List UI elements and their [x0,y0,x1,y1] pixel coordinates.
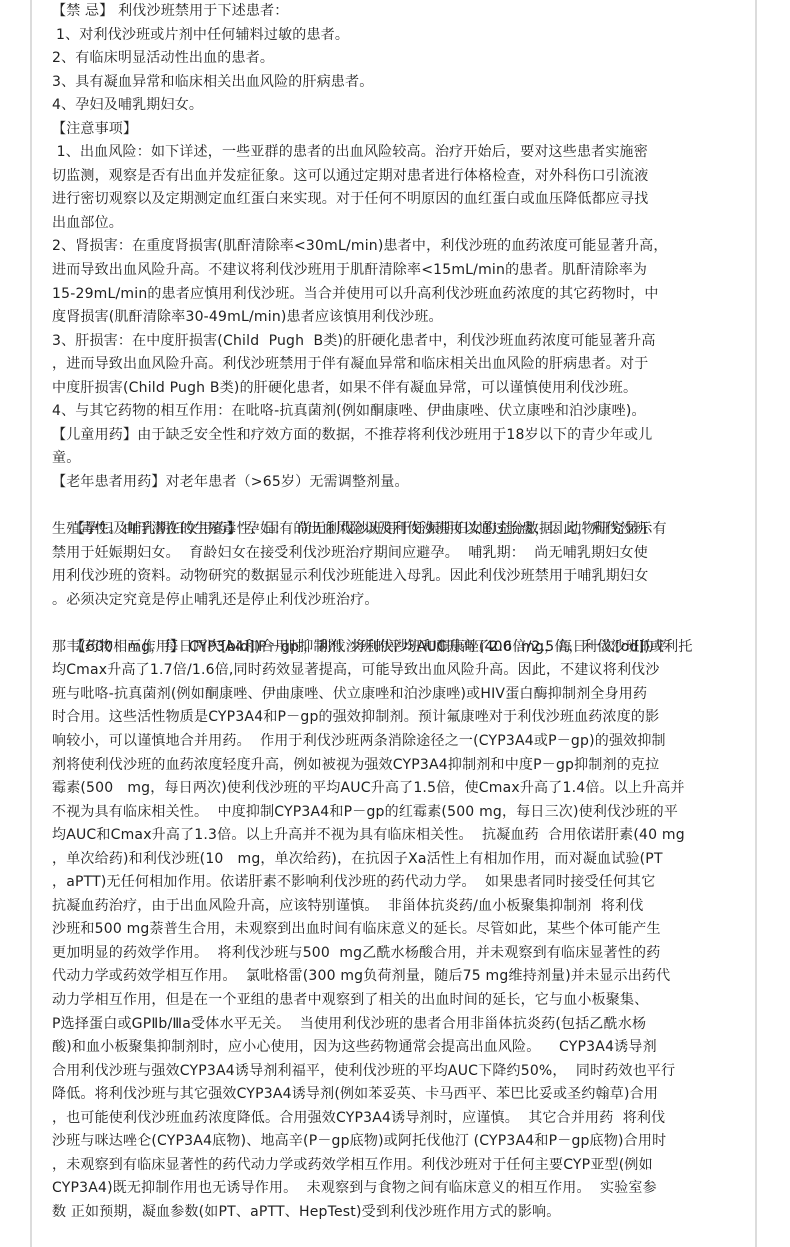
interactions-line: ，也可能使利伐沙班血药浓度降低。合用强效CYP3A4诱导剂时，应谨慎。 其它合并… [52,1107,728,1131]
interactions-line: 那韦(600 mg，每日两次[bid])合用时，利伐沙班的平均AUC升高了2.6… [52,636,728,660]
contraindication-item: 1、对利伐沙班或片剂中任何辅料过敏的患者。 [52,24,728,48]
interactions-line: 酸)和血小板聚集抑制剂时，应小心使用，因为这些药物通常会提高出血风险。 CYP3… [52,1036,728,1060]
interactions-line: 均Cmax升高了1.7倍/1.6倍,同时药效显著提高，可能导致出血风险升高。因此… [52,659,728,683]
contraindication-item: 3、具有凝血异常和临床相关出血风险的肝病患者。 [52,71,728,95]
precautions-line: 4、与其它药物的相互作用：在吡咯-抗真菌剂(例如酮康唑、伊曲康唑、伏立康唑和泊沙… [52,400,728,424]
precautions-line: 2、肾损害：在重度肾损害(肌酐清除率<30mL/min)患者中，利伐沙班的血药浓… [52,235,728,259]
pregnancy-line: 。必须决定究竟是停止哺乳还是停止利伐沙班治疗。 [52,589,728,613]
contraindications-heading: 【禁 忌】 [52,3,113,19]
elderly-text: 对老年患者（>65岁）无需调整剂量。 [166,474,409,490]
interactions-line: 更加明显的药效学作用。 将利伐沙班与500 mg乙酰水杨酸合用，并未观察到有临床… [52,942,728,966]
interactions-line: 沙班与咪达唑仑(CYP3A4底物)、地高辛(P－gp底物)或阿托伐他汀 (CYP… [52,1130,728,1154]
contraindication-item: 2、有临床明显活动性出血的患者。 [52,47,728,71]
interactions-line: 合用利伐沙班与强效CYP3A4诱导剂利福平，使利伐沙班的平均AUC下降约50%，… [52,1060,728,1084]
interactions-section: 【药物相互作用】 CYP3A4和P－gp抑制剂 将利伐沙班和酮康唑(400 mg… [52,612,728,636]
interactions-line: 数 正如预期，凝血参数(如PT、aPTT、HepTest)受到利伐沙班作用方式的… [52,1201,728,1225]
elderly-section: 【老年患者用药】对老年患者（>65岁）无需调整剂量。 [52,471,728,495]
pregnancy-section: 【孕妇及哺乳期妇女用药】 孕妇： 尚无利伐沙班用于妊娠期妇女的充分数据。动物研究… [52,494,728,518]
pregnancy-line: 禁用于妊娠期妇女。 育龄妇女在接受利伐沙班治疗期间应避孕。 哺乳期： 尚无哺乳期… [52,542,728,566]
precautions-line: 15-29mL/min的患者应慎用利伐沙班。当合并使用可以升高利伐沙班血药浓度的… [52,283,728,307]
interactions-line: 抗凝血药治疗，由于出血风险升高，应该特别谨慎。 非甾体抗炎药/血小板聚集抑制剂 … [52,895,728,919]
precautions-line: 1、出血风险：如下详述，一些亚群的患者的出血风险较高。治疗开始后，要对这些患者实… [52,141,728,165]
drug-label-document: 【禁 忌】 利伐沙班禁用于下述患者： 1、对利伐沙班或片剂中任何辅料过敏的患者。… [52,0,728,1224]
interactions-line: ，aPTT)无任何相加作用。依诺肝素不影响利伐沙班的药代动力学。 如果患者同时接… [52,871,728,895]
interactions-line: ，未观察到有临床显著性的药代动力学或药效学相互作用。利伐沙班对于任何主要CYP亚… [52,1154,728,1178]
interactions-line: 降低。将利伐沙班与其它强效CYP3A4诱导剂(例如苯妥英、卡马西平、苯巴比妥或圣… [52,1083,728,1107]
interactions-line: 沙班和500 mg萘普生合用，未观察到出血时间有临床意义的延长。尽管如此，某些个… [52,918,728,942]
elderly-heading: 【老年患者用药】 [52,474,166,490]
precautions-line: 切监测，观察是否有出血并发症征象。这可以通过定期对患者进行体格检查，对外科伤口引… [52,165,728,189]
precautions-heading: 【注意事项】 [52,118,728,142]
interactions-line: 时合用。这些活性物质是CYP3A4和P－gp的强效抑制剂。预计氟康唑对于利伐沙班… [52,706,728,730]
precautions-line: ，进而导致出血风险升高。利伐沙班禁用于伴有凝血异常和临床相关出血风险的肝病患者。… [52,353,728,377]
contraindications-section: 【禁 忌】 利伐沙班禁用于下述患者： [52,0,728,24]
interactions-line: 代动力学或药效学相互作用。 氯吡格雷(300 mg负荷剂量，随后75 mg维持剂… [52,965,728,989]
precautions-line: 进行密切观察以及定期测定血红蛋白来实现。对于任何不明原因的血红蛋白或血压降低都应… [52,188,728,212]
precautions-line: 度肾损害(肌酐清除率30-49mL/min)患者应该慎用利伐沙班。 [52,306,728,330]
pregnancy-line: 生殖毒性。由于潜在的生殖毒性、固有的出血风险以及利伐沙班可以通过胎盘，因此，利伐… [52,518,728,542]
contraindications-intro: 利伐沙班禁用于下述患者： [118,3,288,19]
interactions-line: CYP3A4)既无抑制作用也无诱导作用。 未观察到与食物之间有临床意义的相互作用… [52,1177,728,1201]
interactions-line: P选择蛋白或GPⅡb/Ⅲa受体水平无关。 当使用利伐沙班的患者合用非甾体抗炎药(… [52,1013,728,1037]
pediatric-heading: 【儿童用药】 [52,427,137,443]
contraindication-item: 4、孕妇及哺乳期妇女。 [52,94,728,118]
precautions-line: 3、肝损害：在中度肝损害(Child Pugh B类)的肝硬化患者中，利伐沙班血… [52,330,728,354]
pediatric-section: 【儿童用药】由于缺乏安全性和疗效方面的数据，不推荐将利伐沙班用于18岁以下的青少… [52,424,728,448]
pediatric-text: 童。 [52,447,728,471]
interactions-line: ，单次给药)和利伐沙班(10 mg，单次给药)，在抗因子Xa活性上有相加作用，而… [52,848,728,872]
interactions-line: 班与吡咯-抗真菌剂(例如酮康唑、伊曲康唑、伏立康唑和泊沙康唑)或HIV蛋白酶抑制… [52,683,728,707]
precautions-line: 进而导致出血风险升高。不建议将利伐沙班用于肌酐清除率<15mL/min的患者。肌… [52,259,728,283]
precautions-line: 出血部位。 [52,212,728,236]
interactions-line: 均AUC和Cmax升高了1.3倍。以上升高并不视为具有临床相关性。 抗凝血药 合… [52,824,728,848]
interactions-line: 响较小，可以谨慎地合并用药。 作用于利伐沙班两条消除途径之一(CYP3A4或P－… [52,730,728,754]
interactions-line: 动力学相互作用，但是在一个亚组的患者中观察到了相关的出血时间的延长，它与血小板聚… [52,989,728,1013]
interactions-line: 不视为具有临床相关性。 中度抑制CYP3A4和P－gp的红霉素(500 mg，每… [52,801,728,825]
interactions-line: 霉素(500 mg，每日两次)使利伐沙班的平均AUC升高了1.5倍，使Cmax升… [52,777,728,801]
pregnancy-line: 用利伐沙班的资料。动物研究的数据显示利伐沙班能进入母乳。因此利伐沙班禁用于哺乳期… [52,565,728,589]
interactions-line: 剂将使利伐沙班的血药浓度轻度升高，例如被视为强效CYP3A4抑制剂和中度P－gp… [52,754,728,778]
pediatric-text: 由于缺乏安全性和疗效方面的数据，不推荐将利伐沙班用于18岁以下的青少年或儿 [137,427,652,443]
precautions-line: 中度肝损害(Child Pugh B类)的肝硬化患者，如果不伴有凝血异常，可以谨… [52,377,728,401]
